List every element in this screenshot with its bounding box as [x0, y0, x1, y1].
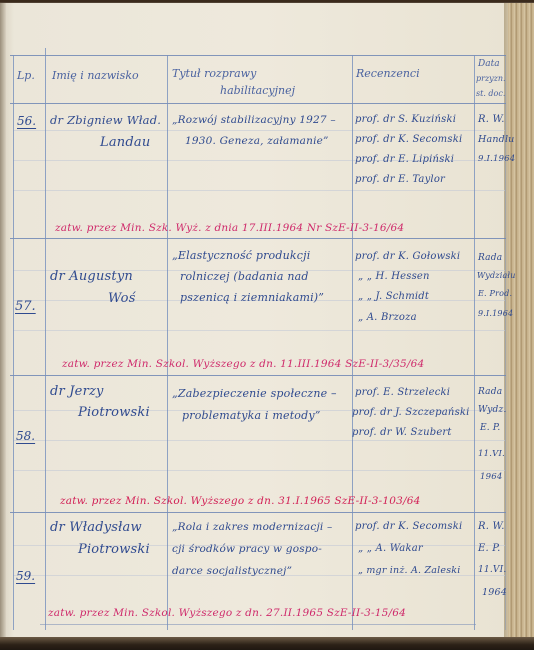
entry-decision: 11.VI. [478, 566, 506, 575]
entry-title-line1: „Rola i zakres modernizacji – [172, 522, 332, 533]
header-title-line1: Tytuł rozprawy [172, 68, 256, 79]
entry-reviewer: „ A. Brzoza [358, 313, 417, 323]
entry-approval-note: zatw. przez Min. Szkol. Wyższego z dn. 1… [62, 359, 424, 370]
entry-title-line3: darce socjalistycznej” [172, 566, 292, 577]
entry-decision: 9.I.1964 [478, 155, 515, 164]
entry-approval-note: zatw. przez Min. Szk. Wyż. z dnia 17.III… [55, 223, 404, 234]
entry-name-line1: dr Władysław [50, 521, 142, 534]
entry-title-line2: cji środków pracy w gospo- [172, 544, 322, 555]
entry-reviewer: prof. dr K. Secomski [355, 135, 462, 145]
entry-name-line1: dr Zbigniew Wład. [50, 115, 161, 127]
entry-title-line1: „Rozwój stabilizacyjny 1927 – [172, 115, 336, 126]
entry-approval-note: zatw. przez Min. Szkol. Wyższego z dn. 2… [48, 608, 406, 619]
entry-decision: Wydz. [478, 406, 507, 415]
entry-name-line2: Landau [100, 136, 150, 149]
entry-decision: 9.I.1964 [478, 310, 513, 318]
header-name: Imię i nazwisko [52, 70, 139, 81]
entry-reviewer: „ mgr inż. A. Zaleski [358, 566, 461, 576]
entry-reviewer: prof. dr S. Kuziński [355, 115, 456, 125]
entry-reviewer: prof. dr E. Taylor [355, 175, 445, 185]
entry-number: 56. [17, 115, 36, 127]
entry-number: 58. [16, 430, 35, 442]
entry-reviewer: prof. dr E. Lipiński [355, 155, 454, 165]
entry-number: 59. [16, 570, 35, 582]
entry-decision: Rada [478, 254, 502, 263]
entry-name-line2: Woś [108, 292, 136, 305]
entry-decision: 1964 [480, 473, 502, 482]
header-date-line3: st. doc. [476, 90, 505, 98]
entry-title-line1: „Zabezpieczenie społeczne – [172, 388, 337, 399]
entry-number: 57. [15, 300, 36, 313]
header-date-line1: Data [478, 60, 500, 69]
entry-reviewer: prof. E. Strzelecki [355, 388, 450, 398]
entry-approval-note: zatw. przez Min. Szkol. Wyższego z dn. 3… [60, 496, 421, 507]
entry-name-line1: dr Jerzy [50, 385, 104, 398]
entry-reviewer: prof. dr J. Szczepański [352, 408, 470, 418]
entry-decision: E. Prod. [478, 290, 512, 298]
entry-title-line2: rolniczej (badania nad [180, 271, 309, 282]
entry-title-line3: pszenicą i ziemniakami)” [180, 292, 324, 303]
entry-reviewer: prof. dr K. Gołowski [355, 252, 460, 262]
entry-decision: E. P. [480, 424, 500, 433]
entry-title-line2: problematyka i metody” [182, 410, 321, 421]
entry-decision: Handlu [478, 135, 515, 145]
entry-decision: 1964 [482, 588, 507, 598]
header-date-line2: przyzn. [476, 75, 506, 83]
entry-decision: R. W. [478, 115, 505, 125]
header-title-line2: habilitacyjnej [220, 85, 295, 96]
entry-reviewer: „ „ H. Hessen [358, 272, 430, 282]
entry-name-line2: Piotrowski [78, 543, 150, 556]
entry-title-line2: 1930. Geneza, załamanie” [185, 136, 329, 147]
header-reviewers: Recenzenci [356, 68, 420, 79]
entry-decision: R. W. [478, 522, 505, 532]
entry-name-line1: dr Augustyn [50, 270, 133, 283]
entry-decision: 11.VI. [478, 450, 505, 459]
book-bottom-edge [0, 637, 534, 650]
entry-decision: Wydziału [477, 272, 516, 280]
entry-title-line1: „Elastyczność produkcji [172, 250, 310, 261]
entry-reviewer: „ „ J. Schmidt [358, 292, 429, 302]
entry-name-line2: Piotrowski [78, 406, 150, 419]
entry-reviewer: prof. dr W. Szubert [352, 428, 452, 438]
entry-reviewer: prof. dr K. Secomski [355, 522, 462, 532]
page-stack-edge [508, 3, 534, 639]
book-binding-edge [0, 3, 6, 639]
header-lp: Lp. [17, 70, 35, 81]
entry-decision: Rada [478, 388, 502, 397]
entry-decision: E. P. [478, 544, 501, 554]
entry-reviewer: „ „ A. Wakar [358, 544, 423, 554]
